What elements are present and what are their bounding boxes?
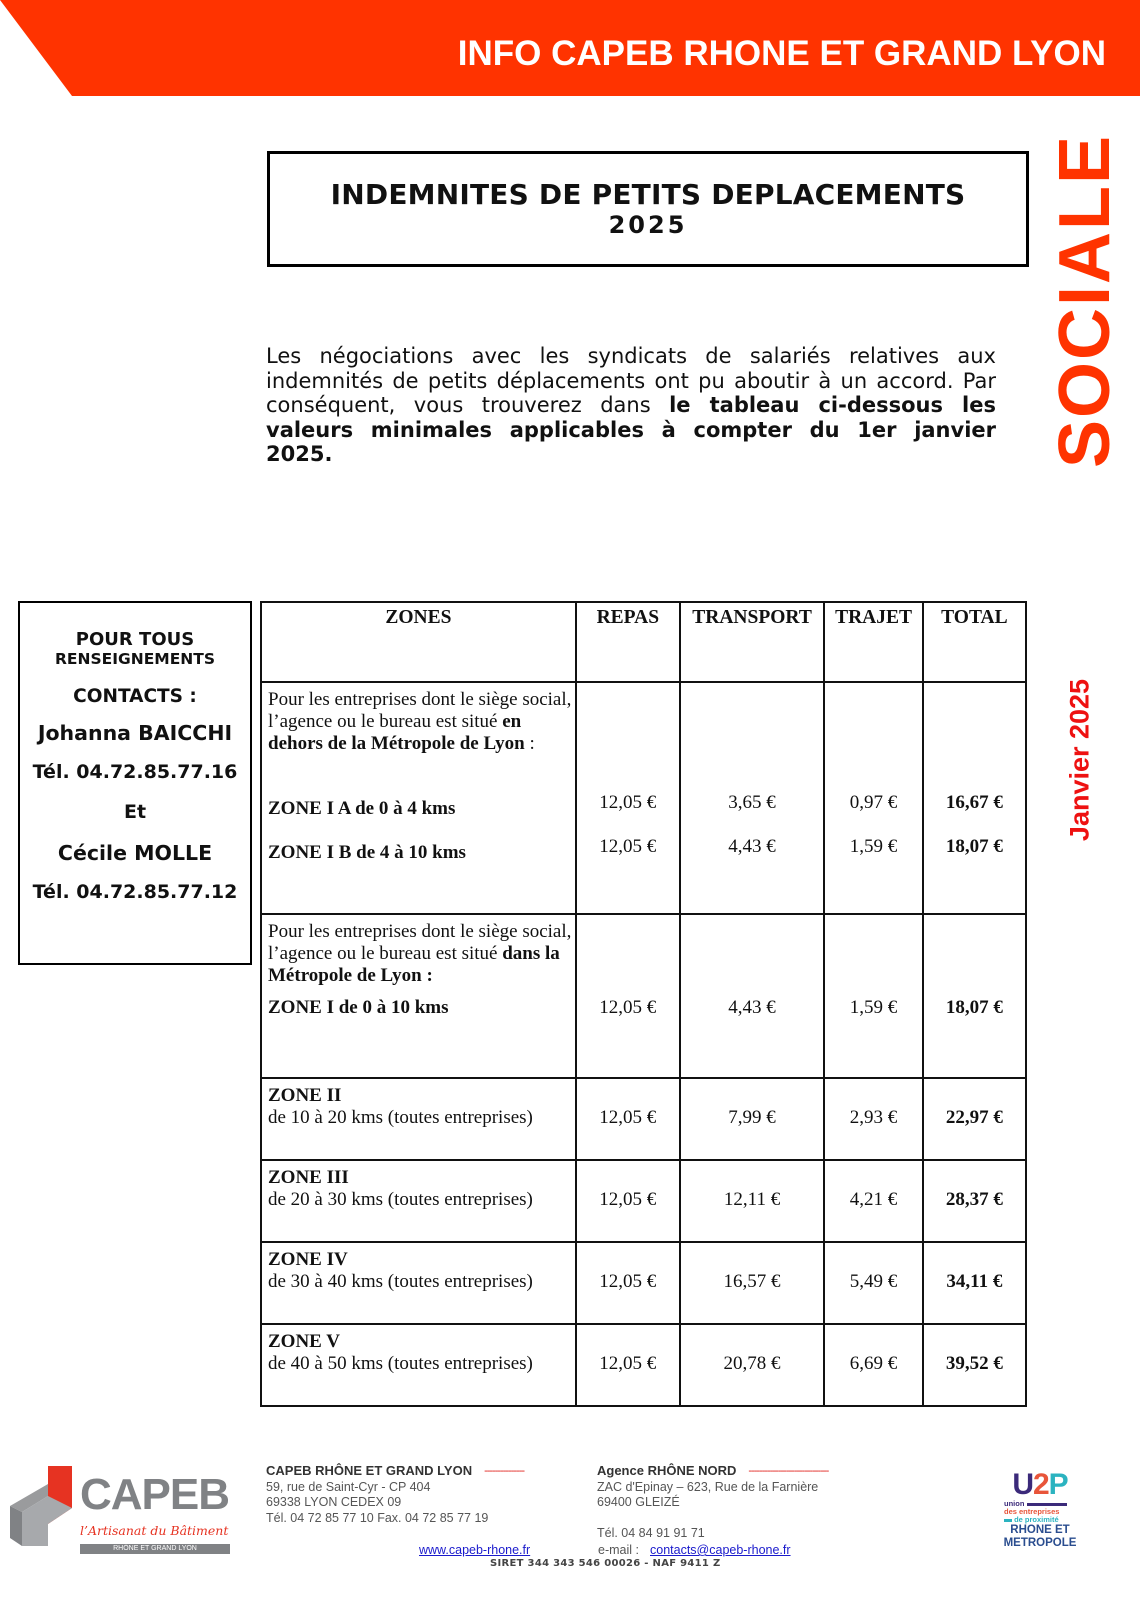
capeb-wordmark: CAPEB: [80, 1470, 229, 1520]
repas-cell: 12,05 €: [576, 1160, 680, 1242]
trajet-cell: 5,49 €: [824, 1242, 923, 1324]
total-cell: 34,11 €: [923, 1242, 1026, 1324]
header-transport: TRANSPORT: [680, 602, 824, 682]
transport-cell: 7,99 €: [680, 1078, 824, 1160]
document-title: INDEMNITES DE PETITS DEPLACEMENTS: [270, 178, 1026, 211]
transport-cell: 12,11 €: [680, 1160, 824, 1242]
table-row-group-metropole: Pour les entreprises dont le siège socia…: [261, 914, 1026, 1078]
website-link[interactable]: www.capeb-rhone.fr: [419, 1543, 530, 1557]
hq-address: CAPEB RHÔNE ET GRAND LYON---------------…: [266, 1463, 524, 1526]
siret-line: SIRET 344 343 546 00026 - NAF 9411 Z: [490, 1558, 721, 1569]
section-label-text: SOCIALE: [1044, 133, 1126, 467]
trajet-cell: 4,21 €: [824, 1160, 923, 1242]
total-cell: 18,07 €: [923, 914, 1026, 1078]
group-intro: Pour les entreprises dont le siège socia…: [268, 921, 575, 987]
table-row-zone-iv: ZONE IVde 30 à 40 kms (toutes entreprise…: [261, 1242, 1026, 1324]
intro-paragraph: Les négociations avec les syndicats de s…: [266, 344, 996, 467]
contact-person-1: Johanna BAICCHI: [20, 721, 250, 745]
zone-label: ZONE I A de 0 à 4 kms: [268, 798, 455, 819]
zone-desc: de 30 à 40 kms (toutes entreprises): [268, 1271, 533, 1292]
section-label: SOCIALE: [1055, 128, 1115, 473]
contact-box: POUR TOUS RENSEIGNEMENTS CONTACTS : Joha…: [18, 601, 252, 965]
document-year: 2025: [270, 211, 1026, 239]
zone-label: ZONE II: [268, 1085, 341, 1106]
agency-address: Agence RHÔNE NORD-----------------------…: [597, 1463, 828, 1541]
repas-cell: 12,05 € 12,05 €: [576, 682, 680, 914]
zone-label: ZONE V: [268, 1331, 340, 1352]
table-row-zone-iii: ZONE IIIde 20 à 30 kms (toutes entrepris…: [261, 1160, 1026, 1242]
table-row-group-outside-metropole: Pour les entreprises dont le siège socia…: [261, 682, 1026, 914]
repas-cell: 12,05 €: [576, 914, 680, 1078]
zone-cell: Pour les entreprises dont le siège socia…: [261, 914, 576, 1078]
zone-label: ZONE I B de 4 à 10 kms: [268, 842, 466, 863]
agency-name: Agence RHÔNE NORD: [597, 1463, 736, 1478]
transport-cell: 3,65 € 4,43 €: [680, 682, 824, 914]
capeb-logo: CAPEB l’Artisanat du Bâtiment RHÔNE ET G…: [8, 1460, 236, 1560]
indemnities-table: ZONES REPAS TRANSPORT TRAJET TOTAL Pour …: [260, 601, 1027, 1407]
total-cell: 22,97 €: [923, 1078, 1026, 1160]
capeb-cube-icon: [8, 1466, 80, 1546]
header-total: TOTAL: [923, 602, 1026, 682]
transport-cell: 16,57 €: [680, 1242, 824, 1324]
email-label: e-mail :: [598, 1543, 639, 1557]
transport-cell: 20,78 €: [680, 1324, 824, 1406]
capeb-tagline: l’Artisanat du Bâtiment: [80, 1523, 228, 1538]
contacts-label: CONTACTS :: [20, 686, 250, 707]
contact-person-2: Cécile MOLLE: [20, 841, 250, 865]
document-title-box: INDEMNITES DE PETITS DEPLACEMENTS 2025: [267, 151, 1029, 267]
banner-title: INFO CAPEB RHONE ET GRAND LYON: [458, 34, 1106, 74]
header-trajet: TRAJET: [824, 602, 923, 682]
zone-desc: de 40 à 50 kms (toutes entreprises): [268, 1353, 533, 1374]
trajet-cell: 6,69 €: [824, 1324, 923, 1406]
table-row-zone-v: ZONE Vde 40 à 50 kms (toutes entreprises…: [261, 1324, 1026, 1406]
total-cell: 39,52 €: [923, 1324, 1026, 1406]
side-date: Janvier 2025: [1060, 665, 1100, 855]
table-row-zone-ii: ZONE IIde 10 à 20 kms (toutes entreprise…: [261, 1078, 1026, 1160]
zone-desc: de 20 à 30 kms (toutes entreprises): [268, 1189, 533, 1210]
trajet-cell: 0,97 € 1,59 €: [824, 682, 923, 914]
zone-label: ZONE III: [268, 1167, 349, 1188]
zone-desc: de 10 à 20 kms (toutes entreprises): [268, 1107, 533, 1128]
group-intro: Pour les entreprises dont le siège socia…: [268, 689, 575, 799]
contact-heading-1: POUR TOUS: [20, 629, 250, 650]
table-header-row: ZONES REPAS TRANSPORT TRAJET TOTAL: [261, 602, 1026, 682]
repas-cell: 12,05 €: [576, 1078, 680, 1160]
contact-phone-1: Tél. 04.72.85.77.16: [20, 761, 250, 783]
total-cell: 16,67 € 18,07 €: [923, 682, 1026, 914]
contact-heading-2: RENSEIGNEMENTS: [20, 650, 250, 668]
header-repas: REPAS: [576, 602, 680, 682]
side-date-text: Janvier 2025: [1065, 679, 1096, 841]
capeb-region-bar: RHÔNE ET GRAND LYON: [80, 1544, 230, 1554]
total-cell: 28,37 €: [923, 1160, 1026, 1242]
u2p-logo: U2P union des entreprises de proximité R…: [998, 1470, 1082, 1560]
zone-cell: Pour les entreprises dont le siège socia…: [261, 682, 576, 914]
contact-phone-2: Tél. 04.72.85.77.12: [20, 881, 250, 903]
transport-cell: 4,43 €: [680, 914, 824, 1078]
repas-cell: 12,05 €: [576, 1242, 680, 1324]
hq-name: CAPEB RHÔNE ET GRAND LYON: [266, 1463, 472, 1478]
zone-label: ZONE I de 0 à 10 kms: [268, 997, 449, 1018]
trajet-cell: 1,59 €: [824, 914, 923, 1078]
zone-label: ZONE IV: [268, 1249, 348, 1270]
header-zones: ZONES: [261, 602, 576, 682]
contact-and: Et: [20, 801, 250, 823]
header-banner: INFO CAPEB RHONE ET GRAND LYON: [0, 0, 1140, 96]
trajet-cell: 2,93 €: [824, 1078, 923, 1160]
email-link[interactable]: contacts@capeb-rhone.fr: [650, 1543, 791, 1557]
repas-cell: 12,05 €: [576, 1324, 680, 1406]
